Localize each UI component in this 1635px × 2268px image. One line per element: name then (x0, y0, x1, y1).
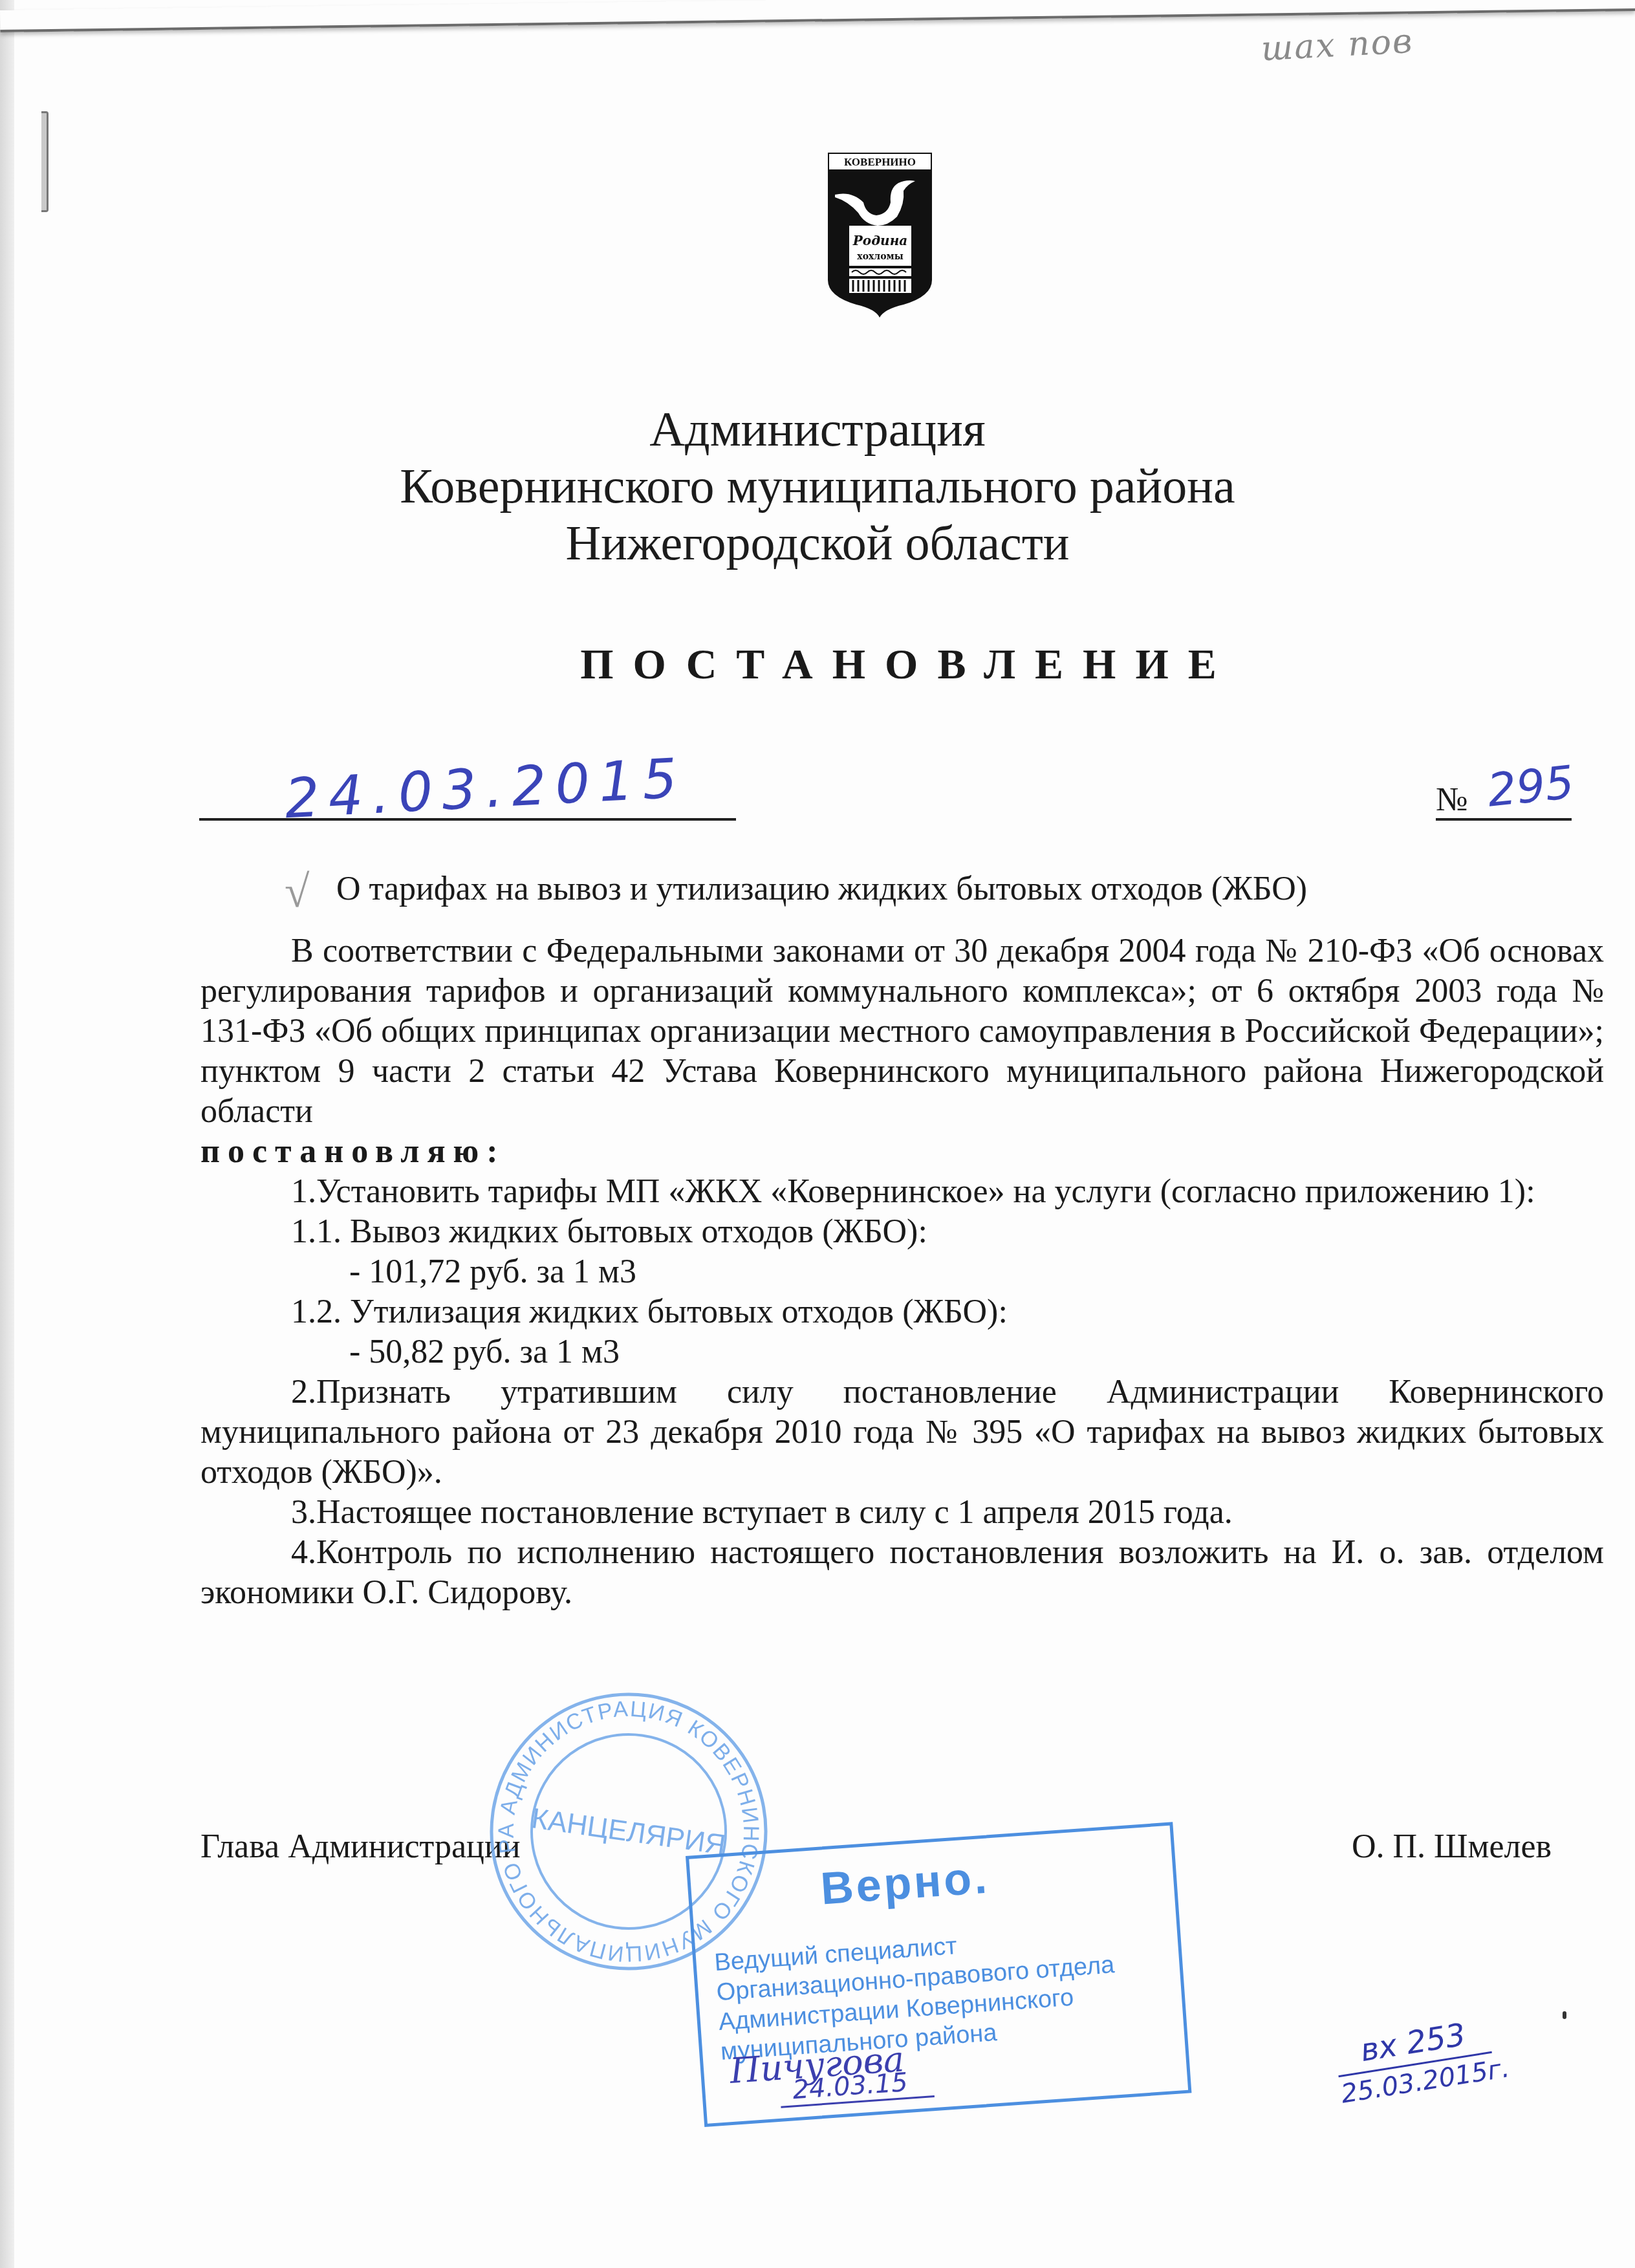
item-1-2: 1.2. Утилизация жидких бытовых отходов (… (200, 1292, 1604, 1332)
incoming-registration-note: вх 253 25.03.2015г. (1332, 2011, 1511, 2110)
coat-banner-text: КОВЕРНИНО (844, 156, 916, 168)
item-2: 2.Признать утратившим силу постановление… (200, 1372, 1604, 1493)
org-line-1: Администрация (0, 401, 1635, 458)
item-1: 1.Установить тарифы МП «ЖКХ «Ковернинско… (200, 1172, 1604, 1212)
document-subject: О тарифах на вывоз и утилизацию жидких б… (336, 870, 1307, 908)
pencil-checkmark-icon: √ (285, 867, 309, 918)
preamble: В соответствии с Федеральными законами о… (200, 931, 1604, 1132)
org-line-2: Ковернинского муниципального района (0, 458, 1635, 515)
document-type-title: ПОСТАНОВЛЕНИЕ (0, 640, 1635, 689)
coat-motto-line2: хохломы (857, 252, 903, 262)
org-line-3: Нижегородской области (0, 515, 1635, 572)
decree-word: постановляю: (200, 1132, 1604, 1172)
coat-of-arms-icon: КОВЕРНИНО Родина хохломы (826, 151, 934, 319)
certification-title: Верно. (819, 1851, 991, 1914)
item-1-2-tariff: - 50,82 руб. за 1 м3 (200, 1332, 1604, 1372)
item-1-1-tariff: - 101,72 руб. за 1 м3 (200, 1252, 1604, 1292)
scanned-document-page: шах пов КОВЕРНИНО Родина хохломы Админис… (0, 0, 1635, 2268)
ink-mark (1563, 2011, 1566, 2019)
signatory-name: О. П. Шмелев (1352, 1828, 1552, 1866)
item-1-1: 1.1. Вывоз жидких бытовых отходов (ЖБО): (200, 1212, 1604, 1252)
issuing-authority: Администрация Ковернинского муниципально… (0, 401, 1635, 572)
certification-stamp: Верно. Ведущий специалист Организационно… (686, 1822, 1191, 2127)
document-body: В соответствии с Федеральными законами о… (200, 931, 1604, 1613)
handwritten-top-note: шах пов (1261, 22, 1414, 69)
signatory-title: Глава Администрации (200, 1828, 521, 1866)
stamp-center-text: КАНЦЕЛЯРИЯ (530, 1802, 728, 1861)
item-4: 4.Контроль по исполнению настоящего пост… (200, 1533, 1604, 1613)
coat-motto-line1: Родина (852, 233, 907, 248)
certification-lines: Ведущий специалист Организационно-правов… (713, 1920, 1120, 2067)
item-3: 3.Настоящее постановление вступает в сил… (200, 1493, 1604, 1533)
handwritten-document-number: 295 (1485, 755, 1576, 817)
staple-icon (41, 111, 49, 212)
number-sign: № (1436, 781, 1468, 819)
page-left-edge (0, 0, 14, 2268)
